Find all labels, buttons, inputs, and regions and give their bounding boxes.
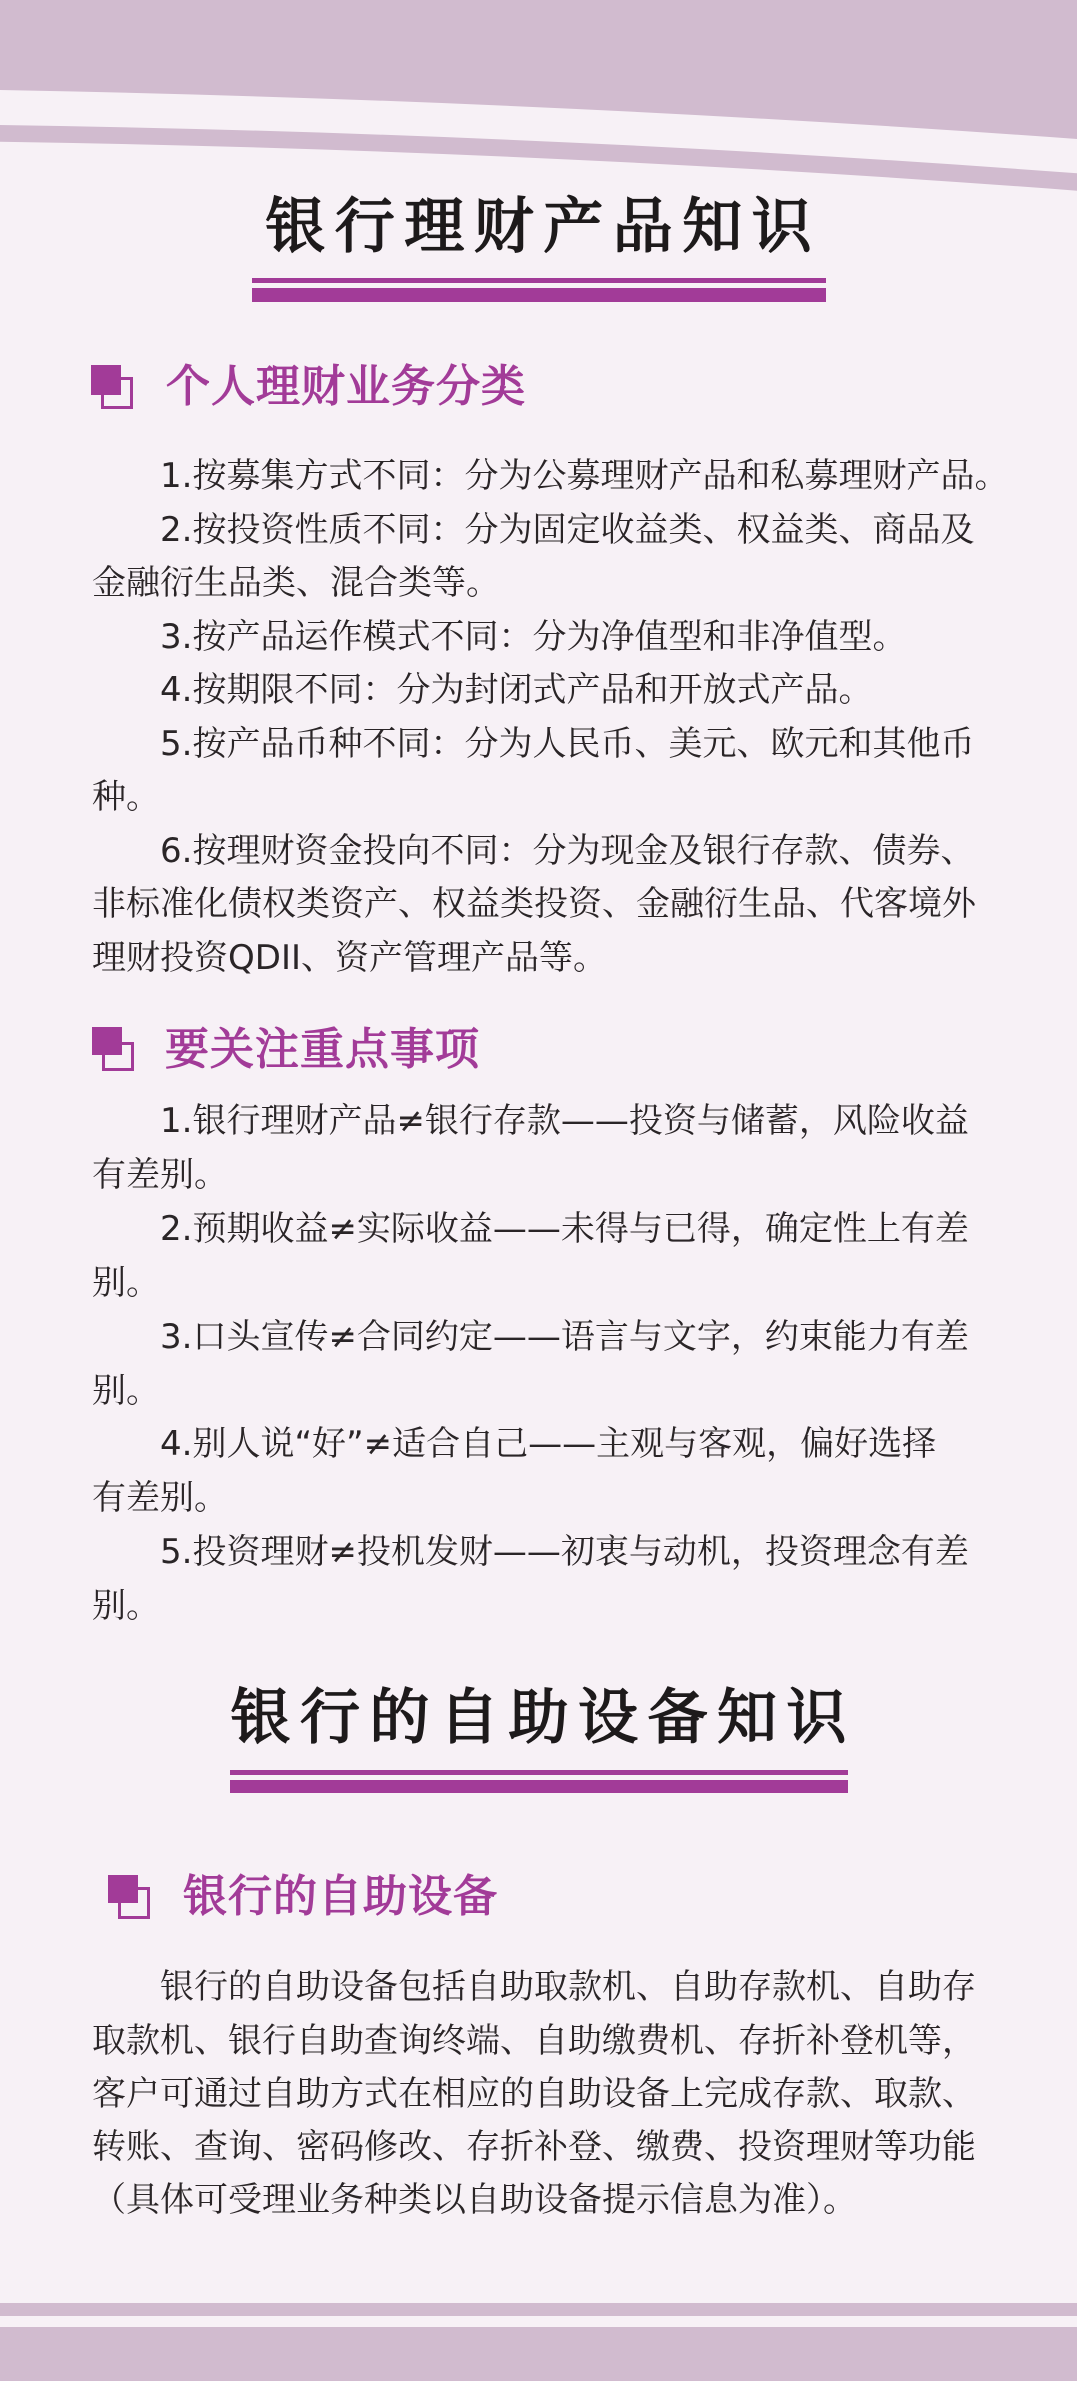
stacked-squares-icon <box>91 365 141 415</box>
paragraph: 4.按期限不同：分为封闭式产品和开放式产品。 <box>92 664 992 718</box>
title-underline-thin <box>230 1770 848 1775</box>
stacked-squares-icon <box>108 1875 158 1925</box>
paragraph-line: 金融衍生品类、混合类等。 <box>92 557 992 611</box>
paragraph-line: 2.按投资性质不同：分为固定收益类、权益类、商品及 <box>92 504 992 558</box>
paragraph-line: 有差别。 <box>92 1472 992 1526</box>
footer-stripe <box>0 2303 1077 2316</box>
paragraph-line: 4.别人说“好”≠适合自己——主观与客观，偏好选择 <box>92 1418 992 1472</box>
paragraph-line: 5.投资理财≠投机发财——初衷与动机，投资理念有差 <box>92 1526 992 1580</box>
paragraph-line: 5.按产品币种不同：分为人民币、美元、欧元和其他币 <box>92 718 992 772</box>
paragraph: 5.按产品币种不同：分为人民币、美元、欧元和其他币 种。 <box>92 718 992 825</box>
paragraph: 1.银行理财产品≠银行存款——投资与储蓄，风险收益 有差别。 <box>92 1095 992 1203</box>
section-body-self-service-devices: 银行的自助设备包括自助取款机、自助存款机、自助存 取款机、银行自助查询终端、自助… <box>92 1961 992 2227</box>
paragraph: 1.按募集方式不同：分为公募理财产品和私募理财产品。 <box>92 450 992 504</box>
paragraph-line: 别。 <box>92 1365 992 1419</box>
section-heading-classification: 个人理财业务分类 <box>166 365 526 409</box>
title-underline-thick <box>230 1780 848 1793</box>
paragraph: 4.别人说“好”≠适合自己——主观与客观，偏好选择 有差别。 <box>92 1418 992 1526</box>
paragraph-line: 非标准化债权类资产、权益类投资、金融衍生品、代客境外 <box>92 878 992 932</box>
paragraph-line: 有差别。 <box>92 1149 992 1203</box>
paragraph-line: 1.银行理财产品≠银行存款——投资与储蓄，风险收益 <box>92 1095 992 1149</box>
paragraph-line: 客户可通过自助方式在相应的自助设备上完成存款、取款、 <box>92 2068 992 2121</box>
paragraph: 6.按理财资金投向不同：分为现金及银行存款、债券、 非标准化债权类资产、权益类投… <box>92 825 992 986</box>
paragraph: 银行的自助设备包括自助取款机、自助存款机、自助存 取款机、银行自助查询终端、自助… <box>92 1961 992 2227</box>
paragraph: 2.预期收益≠实际收益——未得与已得，确定性上有差 别。 <box>92 1203 992 1311</box>
paragraph-line: 别。 <box>92 1580 992 1634</box>
paragraph: 3.口头宣传≠合同约定——语言与文字，约束能力有差 别。 <box>92 1311 992 1419</box>
paragraph-line: 转账、查询、密码修改、存折补登、缴费、投资理财等功能 <box>92 2121 992 2174</box>
paragraph-line: 别。 <box>92 1257 992 1311</box>
stacked-squares-icon <box>92 1027 142 1077</box>
footer-band <box>0 2327 1077 2381</box>
main-title-self-service: 银行的自助设备知识 <box>0 1688 1077 1748</box>
section-body-classification: 1.按募集方式不同：分为公募理财产品和私募理财产品。 2.按投资性质不同：分为固… <box>92 450 992 985</box>
paragraph-line: 种。 <box>92 771 992 825</box>
paragraph-line: 2.预期收益≠实际收益——未得与已得，确定性上有差 <box>92 1203 992 1257</box>
section-body-key-notes: 1.银行理财产品≠银行存款——投资与储蓄，风险收益 有差别。 2.预期收益≠实际… <box>92 1095 992 1634</box>
title-underline-thin <box>252 278 826 283</box>
paragraph-line: 3.口头宣传≠合同约定——语言与文字，约束能力有差 <box>92 1311 992 1365</box>
paragraph: 5.投资理财≠投机发财——初衷与动机，投资理念有差 别。 <box>92 1526 992 1634</box>
paragraph-line: 6.按理财资金投向不同：分为现金及银行存款、债券、 <box>92 825 992 879</box>
paragraph: 2.按投资性质不同：分为固定收益类、权益类、商品及 金融衍生品类、混合类等。 <box>92 504 992 611</box>
section-heading-self-service-devices: 银行的自助设备 <box>183 1875 498 1919</box>
paragraph-line: 3.按产品运作模式不同：分为净值型和非净值型。 <box>92 611 992 665</box>
main-title-wealth-products: 银行理财产品知识 <box>0 197 1077 257</box>
paragraph-line: （具体可受理业务种类以自助设备提示信息为准）。 <box>92 2174 992 2227</box>
top-wave-decoration <box>0 0 1077 200</box>
paragraph-line: 理财投资QDII、资产管理产品等。 <box>92 932 992 986</box>
section-heading-key-notes: 要关注重点事项 <box>165 1028 480 1072</box>
paragraph-line: 4.按期限不同：分为封闭式产品和开放式产品。 <box>92 664 992 718</box>
paragraph: 3.按产品运作模式不同：分为净值型和非净值型。 <box>92 611 992 665</box>
title-underline-thick <box>252 288 826 302</box>
paragraph-line: 银行的自助设备包括自助取款机、自助存款机、自助存 <box>92 1961 992 2014</box>
paragraph-line: 1.按募集方式不同：分为公募理财产品和私募理财产品。 <box>92 450 992 504</box>
paragraph-line: 取款机、银行自助查询终端、自助缴费机、存折补登机等， <box>92 2015 992 2068</box>
